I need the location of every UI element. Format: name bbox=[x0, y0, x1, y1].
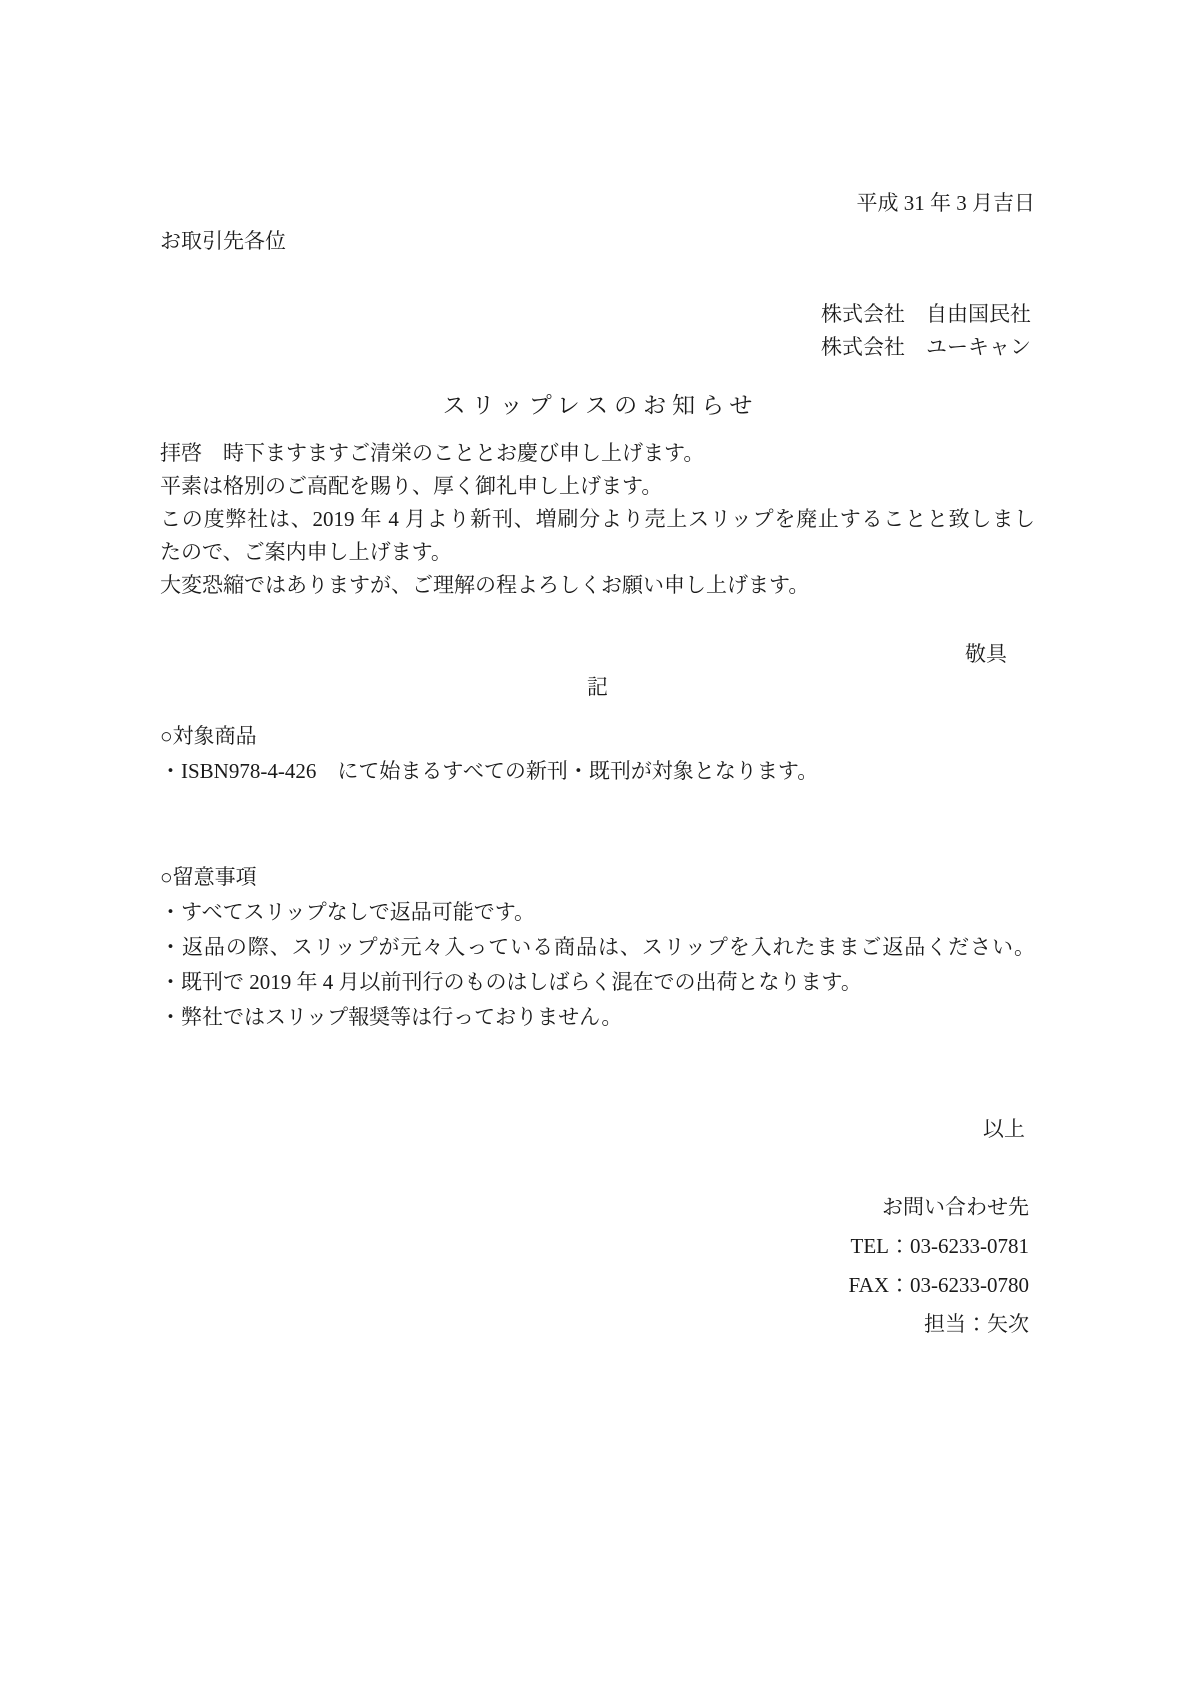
body-line-apology: 大変恐縮ではありますが、ご理解の程よろしくお願い申し上げます。 bbox=[160, 569, 1035, 602]
section-heading: ○留意事項 bbox=[160, 860, 1035, 895]
section-target-products: ○対象商品 ・ISBN978-4-426 にて始まるすべての新刊・既刊が対象とな… bbox=[160, 719, 1035, 789]
body-line-announcement-2: たので、ご案内申し上げます。 bbox=[160, 536, 1035, 569]
contact-block: お問い合わせ先 TEL：03-6233-0781 FAX：03-6233-078… bbox=[160, 1188, 1035, 1344]
contact-person: 担当：矢次 bbox=[160, 1305, 1035, 1344]
section-item: ・返品の際、スリップが元々入っている商品は、スリップを入れたままご返品ください。 bbox=[160, 930, 1035, 965]
addressee: お取引先各位 bbox=[160, 225, 1035, 258]
record-marker-ki: 記 bbox=[160, 671, 1035, 704]
section-item: ・ISBN978-4-426 にて始まるすべての新刊・既刊が対象となります。 bbox=[160, 754, 1035, 789]
contact-heading: お問い合わせ先 bbox=[160, 1188, 1035, 1227]
letter-body: 拝啓 時下ますますご清栄のこととお慶び申し上げます。 平素は格別のご高配を賜り、… bbox=[160, 437, 1035, 602]
closing-keigu: 敬具 bbox=[160, 638, 1035, 671]
section-item: ・弊社ではスリップ報奨等は行っておりません。 bbox=[160, 1000, 1035, 1035]
contact-fax: FAX：03-6233-0780 bbox=[160, 1266, 1035, 1305]
contact-tel: TEL：03-6233-0781 bbox=[160, 1227, 1035, 1266]
sender-company-1: 株式会社 自由国民社 bbox=[160, 298, 1035, 331]
sender-block: 株式会社 自由国民社 株式会社 ユーキャン bbox=[160, 298, 1035, 364]
letter-document: 平成 31 年 3 月吉日 お取引先各位 株式会社 自由国民社 株式会社 ユーキ… bbox=[0, 0, 1200, 1697]
section-item: ・既刊で 2019 年 4 月以前刊行のものはしばらく混在での出荷となります。 bbox=[160, 965, 1035, 1000]
body-line-announcement-1: この度弊社は、2019 年 4 月より新刊、増刷分より売上スリップを廃止すること… bbox=[160, 503, 1035, 536]
document-title: スリップレスのお知らせ bbox=[160, 388, 1035, 424]
section-heading: ○対象商品 bbox=[160, 719, 1035, 754]
section-item: ・すべてスリップなしで返品可能です。 bbox=[160, 895, 1035, 930]
body-line-thanks: 平素は格別のご高配を賜り、厚く御礼申し上げます。 bbox=[160, 470, 1035, 503]
section-notes: ○留意事項 ・すべてスリップなしで返品可能です。 ・返品の際、スリップが元々入っ… bbox=[160, 860, 1035, 1035]
sender-company-2: 株式会社 ユーキャン bbox=[160, 331, 1035, 364]
document-page: { "page": { "background_color": "#ffffff… bbox=[0, 0, 1200, 1697]
document-date: 平成 31 年 3 月吉日 bbox=[160, 187, 1035, 220]
end-marker-ijou: 以上 bbox=[160, 1113, 1035, 1146]
body-line-greeting: 拝啓 時下ますますご清栄のこととお慶び申し上げます。 bbox=[160, 437, 1035, 470]
